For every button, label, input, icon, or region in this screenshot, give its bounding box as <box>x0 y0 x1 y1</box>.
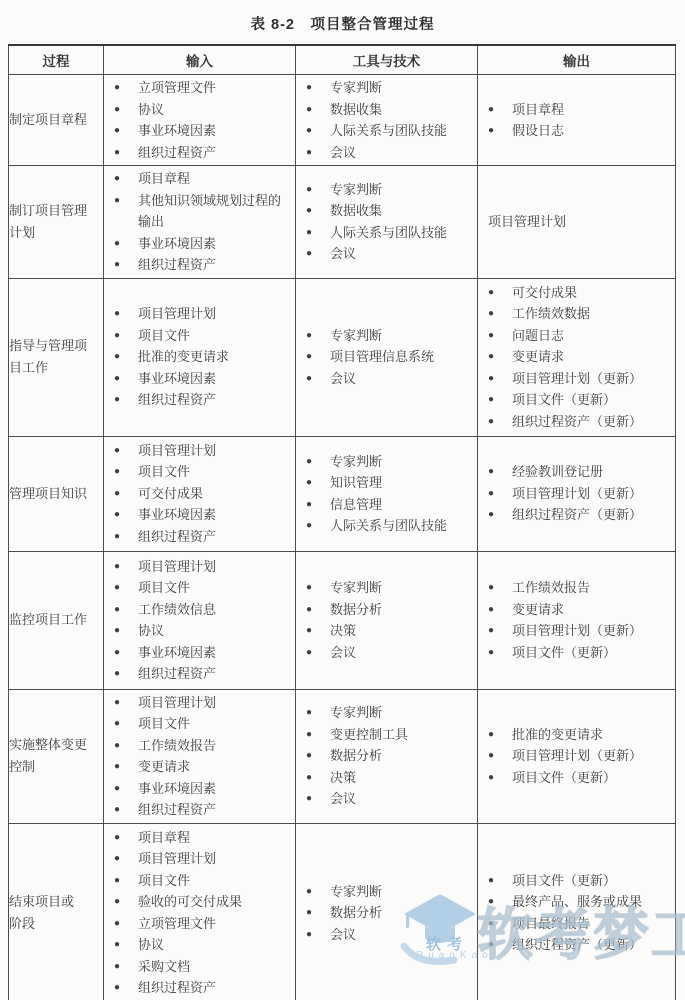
bullet-icon: ● <box>114 368 138 390</box>
table-row: 实施整体变更 控制●项目管理计划●项目文件●工作绩效报告●变更请求●事业环境因素… <box>9 689 676 823</box>
bullet-icon: ● <box>114 713 138 735</box>
bullet-item: ●项目管理信息系统 <box>306 346 473 368</box>
bullet-item: ●事业环境因素 <box>114 368 291 390</box>
bullet-item: ●项目管理计划 <box>114 440 291 462</box>
item-label: 数据分析 <box>330 902 473 924</box>
bullet-item: ●项目章程 <box>114 827 291 849</box>
bullet-item: ●项目管理计划 <box>114 848 291 870</box>
item-label: 项目管理计划（更新） <box>512 745 671 767</box>
item-label: 项目文件 <box>138 713 291 735</box>
item-label: 协议 <box>138 620 291 642</box>
bullet-item: ●会议 <box>306 243 473 265</box>
item-label: 批准的变更请求 <box>512 724 671 746</box>
bullet-item: ●项目文件 <box>114 461 291 483</box>
bullet-icon: ● <box>488 891 512 913</box>
bullet-icon: ● <box>488 642 512 664</box>
item-label: 组织过程资产（更新） <box>512 411 671 433</box>
bullet-icon: ● <box>306 924 330 946</box>
bullet-item: ●项目文件 <box>114 577 291 599</box>
tools-list: ●专家判断●数据分析●决策●会议 <box>296 575 477 665</box>
inputs-cell: ●立项管理文件●协议●事业环境因素●组织过程资产 <box>104 75 296 166</box>
bullet-item: ●项目文件（更新） <box>488 767 671 789</box>
item-label: 工作绩效报告 <box>512 577 671 599</box>
tools-list: ●专家判断●数据收集●人际关系与团队技能●会议 <box>296 177 477 267</box>
item-label: 项目章程 <box>138 168 291 190</box>
bullet-item: ●经验教训登记册 <box>488 461 671 483</box>
bullet-item: ●组织过程资产 <box>114 977 291 999</box>
bullet-item: ●项目管理计划 <box>114 556 291 578</box>
bullet-icon: ● <box>488 934 512 956</box>
bullet-icon: ● <box>306 599 330 621</box>
bullet-item: ●会议 <box>306 788 473 810</box>
bullet-item: ●项目文件 <box>114 713 291 735</box>
item-label: 组织过程资产（更新） <box>512 504 671 526</box>
outputs-cell: ●经验教训登记册●项目管理计划（更新）●组织过程资产（更新） <box>478 436 676 551</box>
item-label: 可交付成果 <box>512 282 671 304</box>
bullet-icon: ● <box>114 599 138 621</box>
item-label: 项目文件（更新） <box>512 642 671 664</box>
item-label: 知识管理 <box>330 472 473 494</box>
bullet-item: ●专家判断 <box>306 577 473 599</box>
item-label: 工作绩效信息 <box>138 599 291 621</box>
item-label: 项目管理信息系统 <box>330 346 473 368</box>
item-label: 项目文件（更新） <box>512 870 671 892</box>
bullet-icon: ● <box>114 526 138 548</box>
bullet-icon: ● <box>114 848 138 870</box>
bullet-item: ●专家判断 <box>306 881 473 903</box>
outputs-cell: ●工作绩效报告●变更请求●项目管理计划（更新）●项目文件（更新） <box>478 551 676 689</box>
bullet-item: ●采购文档 <box>114 956 291 978</box>
bullet-icon: ● <box>114 77 138 99</box>
item-label: 人际关系与团队技能 <box>330 120 473 142</box>
bullet-icon: ● <box>114 325 138 347</box>
bullet-icon: ● <box>114 461 138 483</box>
outputs-list: ●项目章程●假设日志 <box>478 97 675 144</box>
tools-list: ●专家判断●数据分析●会议 <box>296 879 477 948</box>
item-label: 项目文件 <box>138 325 291 347</box>
outputs-list: ●经验教训登记册●项目管理计划（更新）●组织过程资产（更新） <box>478 459 675 528</box>
item-label: 项目文件（更新） <box>512 389 671 411</box>
process-name: 结束项目或 阶段 <box>9 823 104 1000</box>
bullet-icon: ● <box>114 254 138 276</box>
bullet-item: ●知识管理 <box>306 472 473 494</box>
bullet-item: ●项目管理计划（更新） <box>488 745 671 767</box>
bullet-icon: ● <box>114 120 138 142</box>
item-label: 数据收集 <box>330 200 473 222</box>
bullet-icon: ● <box>306 577 330 599</box>
bullet-icon: ● <box>306 515 330 537</box>
bullet-item: ●人际关系与团队技能 <box>306 222 473 244</box>
bullet-icon: ● <box>114 735 138 757</box>
inputs-list: ●项目管理计划●项目文件●工作绩效信息●协议●事业环境因素●组织过程资产 <box>104 554 295 687</box>
inputs-list: ●项目管理计划●项目文件●批准的变更请求●事业环境因素●组织过程资产 <box>104 301 295 413</box>
item-label: 工作绩效数据 <box>512 303 671 325</box>
outputs-cell: ●项目章程●假设日志 <box>478 75 676 166</box>
item-label: 项目章程 <box>138 827 291 849</box>
column-header-3: 输出 <box>478 45 676 75</box>
bullet-item: ●专家判断 <box>306 451 473 473</box>
item-label: 决策 <box>330 620 473 642</box>
bullet-item: ●人际关系与团队技能 <box>306 120 473 142</box>
bullet-item: ●专家判断 <box>306 325 473 347</box>
item-label: 经验教训登记册 <box>512 461 671 483</box>
item-label: 决策 <box>330 767 473 789</box>
item-label: 组织过程资产 <box>138 254 291 276</box>
item-label: 协议 <box>138 99 291 121</box>
item-label: 项目管理计划（更新） <box>512 483 671 505</box>
bullet-icon: ● <box>488 577 512 599</box>
bullet-icon: ● <box>488 745 512 767</box>
bullet-icon: ● <box>114 346 138 368</box>
bullet-icon: ● <box>306 179 330 201</box>
bullet-icon: ● <box>488 599 512 621</box>
bullet-item: ●专家判断 <box>306 179 473 201</box>
bullet-item: ●协议 <box>114 620 291 642</box>
bullet-icon: ● <box>114 483 138 505</box>
table-caption: 表 8-2 项目整合管理过程 <box>0 0 685 34</box>
item-label: 会议 <box>330 142 473 164</box>
bullet-icon: ● <box>306 494 330 516</box>
bullet-icon: ● <box>488 368 512 390</box>
bullet-item: ●组织过程资产（更新） <box>488 504 671 526</box>
item-label: 假设日志 <box>512 120 671 142</box>
item-label: 项目管理计划 <box>138 303 291 325</box>
bullet-item: ●组织过程资产 <box>114 254 291 276</box>
bullet-icon: ● <box>306 620 330 642</box>
bullet-item: ●人际关系与团队技能 <box>306 515 473 537</box>
bullet-item: ●组织过程资产 <box>114 389 291 411</box>
item-label: 组织过程资产 <box>138 389 291 411</box>
bullet-item: ●问题日志 <box>488 325 671 347</box>
bullet-icon: ● <box>306 702 330 724</box>
bullet-item: ●组织过程资产（更新） <box>488 411 671 433</box>
bullet-icon: ● <box>114 870 138 892</box>
bullet-item: ●组织过程资产 <box>114 526 291 548</box>
bullet-icon: ● <box>306 243 330 265</box>
item-label: 会议 <box>330 642 473 664</box>
bullet-icon: ● <box>306 142 330 164</box>
outputs-cell: ●批准的变更请求●项目管理计划（更新）●项目文件（更新） <box>478 689 676 823</box>
bullet-icon: ● <box>306 642 330 664</box>
bullet-icon: ● <box>306 881 330 903</box>
bullet-item: ●变更请求 <box>488 599 671 621</box>
process-name: 制定项目章程 <box>9 75 104 166</box>
tools-cell: ●专家判断●数据分析●决策●会议 <box>296 551 478 689</box>
process-name: 实施整体变更 控制 <box>9 689 104 823</box>
bullet-item: ●项目管理计划（更新） <box>488 620 671 642</box>
item-label: 验收的可交付成果 <box>138 891 291 913</box>
table-row: 管理项目知识●项目管理计划●项目文件●可交付成果●事业环境因素●组织过程资产●专… <box>9 436 676 551</box>
bullet-item: ●会议 <box>306 642 473 664</box>
bullet-item: ●组织过程资产 <box>114 799 291 821</box>
bullet-icon: ● <box>114 692 138 714</box>
tools-cell: ●专家判断●数据收集●人际关系与团队技能●会议 <box>296 75 478 166</box>
bullet-icon: ● <box>114 99 138 121</box>
item-label: 采购文档 <box>138 956 291 978</box>
item-label: 事业环境因素 <box>138 368 291 390</box>
outputs-list: ●项目文件（更新）●最终产品、服务或成果●项目最终报告●组织过程资产（更新） <box>478 868 675 958</box>
bullet-item: ●会议 <box>306 924 473 946</box>
table-row: 结束项目或 阶段●项目章程●项目管理计划●项目文件●验收的可交付成果●立项管理文… <box>9 823 676 1000</box>
outputs-list: ●可交付成果●工作绩效数据●问题日志●变更请求●项目管理计划（更新）●项目文件（… <box>478 280 675 435</box>
item-label: 工作绩效报告 <box>138 735 291 757</box>
item-label: 专家判断 <box>330 325 473 347</box>
item-label: 数据分析 <box>330 745 473 767</box>
bullet-item: ●其他知识领域规划过程的输出 <box>114 190 291 233</box>
tools-cell: ●专家判断●数据分析●会议 <box>296 823 478 1000</box>
bullet-icon: ● <box>306 745 330 767</box>
tools-list: ●专家判断●数据收集●人际关系与团队技能●会议 <box>296 75 477 165</box>
bullet-icon: ● <box>114 756 138 778</box>
bullet-icon: ● <box>306 788 330 810</box>
bullet-icon: ● <box>306 120 330 142</box>
process-name: 监控项目工作 <box>9 551 104 689</box>
bullet-icon: ● <box>306 451 330 473</box>
bullet-item: ●项目文件 <box>114 325 291 347</box>
item-label: 组织过程资产 <box>138 663 291 685</box>
item-label: 批准的变更请求 <box>138 346 291 368</box>
item-label: 专家判断 <box>330 577 473 599</box>
process-table: 过程输入工具与技术输出 制定项目章程●立项管理文件●协议●事业环境因素●组织过程… <box>8 44 676 1000</box>
inputs-cell: ●项目管理计划●项目文件●工作绩效报告●变更请求●事业环境因素●组织过程资产 <box>104 689 296 823</box>
item-label: 可交付成果 <box>138 483 291 505</box>
bullet-icon: ● <box>114 190 138 212</box>
bullet-icon: ● <box>306 368 330 390</box>
process-name: 制订项目管理 计划 <box>9 166 104 279</box>
item-label: 数据分析 <box>330 599 473 621</box>
tools-list: ●专家判断●知识管理●信息管理●人际关系与团队技能 <box>296 449 477 539</box>
bullet-item: ●立项管理文件 <box>114 913 291 935</box>
bullet-icon: ● <box>114 913 138 935</box>
bullet-icon: ● <box>306 325 330 347</box>
bullet-icon: ● <box>488 620 512 642</box>
bullet-icon: ● <box>114 778 138 800</box>
tools-list: ●专家判断●项目管理信息系统●会议 <box>296 323 477 392</box>
bullet-item: ●工作绩效报告 <box>114 735 291 757</box>
item-label: 会议 <box>330 788 473 810</box>
bullet-icon: ● <box>488 120 512 142</box>
bullet-item: ●项目文件 <box>114 870 291 892</box>
bullet-icon: ● <box>306 222 330 244</box>
bullet-icon: ● <box>114 556 138 578</box>
bullet-icon: ● <box>114 799 138 821</box>
item-label: 项目章程 <box>512 99 671 121</box>
outputs-cell: 项目管理计划 <box>478 166 676 279</box>
bullet-item: ●数据分析 <box>306 745 473 767</box>
bullet-item: ●事业环境因素 <box>114 120 291 142</box>
bullet-item: ●事业环境因素 <box>114 778 291 800</box>
bullet-icon: ● <box>488 303 512 325</box>
bullet-item: ●变更请求 <box>488 346 671 368</box>
bullet-item: ●项目文件（更新） <box>488 389 671 411</box>
item-label: 变更请求 <box>512 346 671 368</box>
bullet-item: ●项目管理计划（更新） <box>488 483 671 505</box>
bullet-icon: ● <box>306 902 330 924</box>
item-label: 事业环境因素 <box>138 233 291 255</box>
bullet-icon: ● <box>306 346 330 368</box>
bullet-icon: ● <box>306 472 330 494</box>
item-label: 会议 <box>330 368 473 390</box>
inputs-list: ●项目管理计划●项目文件●工作绩效报告●变更请求●事业环境因素●组织过程资产 <box>104 690 295 823</box>
bullet-item: ●会议 <box>306 142 473 164</box>
bullet-icon: ● <box>488 724 512 746</box>
bullet-item: ●专家判断 <box>306 77 473 99</box>
bullet-icon: ● <box>114 389 138 411</box>
bullet-icon: ● <box>114 642 138 664</box>
bullet-icon: ● <box>488 325 512 347</box>
table-row: 监控项目工作●项目管理计划●项目文件●工作绩效信息●协议●事业环境因素●组织过程… <box>9 551 676 689</box>
inputs-list: ●项目章程●项目管理计划●项目文件●验收的可交付成果●立项管理文件●协议●采购文… <box>104 825 295 1000</box>
bullet-icon: ● <box>488 767 512 789</box>
bullet-item: ●立项管理文件 <box>114 77 291 99</box>
column-header-0: 过程 <box>9 45 104 75</box>
bullet-item: ●工作绩效信息 <box>114 599 291 621</box>
bullet-item: ●验收的可交付成果 <box>114 891 291 913</box>
bullet-item: ●可交付成果 <box>488 282 671 304</box>
bullet-icon: ● <box>114 577 138 599</box>
item-label: 事业环境因素 <box>138 778 291 800</box>
item-label: 立项管理文件 <box>138 77 291 99</box>
item-label: 数据收集 <box>330 99 473 121</box>
item-label: 专家判断 <box>330 77 473 99</box>
tools-cell: ●专家判断●数据收集●人际关系与团队技能●会议 <box>296 166 478 279</box>
item-label: 变更控制工具 <box>330 724 473 746</box>
outputs-list: ●批准的变更请求●项目管理计划（更新）●项目文件（更新） <box>478 722 675 791</box>
bullet-icon: ● <box>488 411 512 433</box>
item-label: 项目管理计划 <box>138 440 291 462</box>
inputs-cell: ●项目管理计划●项目文件●工作绩效信息●协议●事业环境因素●组织过程资产 <box>104 551 296 689</box>
bullet-icon: ● <box>114 620 138 642</box>
item-label: 信息管理 <box>330 494 473 516</box>
item-label: 项目管理计划 <box>138 556 291 578</box>
item-label: 会议 <box>330 243 473 265</box>
item-label: 立项管理文件 <box>138 913 291 935</box>
bullet-icon: ● <box>488 282 512 304</box>
bullet-item: ●专家判断 <box>306 702 473 724</box>
item-label: 变更请求 <box>512 599 671 621</box>
item-label: 会议 <box>330 924 473 946</box>
bullet-item: ●组织过程资产（更新） <box>488 934 671 956</box>
bullet-item: ●事业环境因素 <box>114 504 291 526</box>
bullet-item: ●项目文件（更新） <box>488 870 671 892</box>
item-label: 专家判断 <box>330 451 473 473</box>
bullet-item: ●组织过程资产 <box>114 663 291 685</box>
bullet-icon: ● <box>488 504 512 526</box>
process-name: 指导与管理项 目工作 <box>9 278 104 436</box>
bullet-icon: ● <box>488 99 512 121</box>
inputs-cell: ●项目管理计划●项目文件●批准的变更请求●事业环境因素●组织过程资产 <box>104 278 296 436</box>
table-header-row: 过程输入工具与技术输出 <box>9 45 676 75</box>
bullet-icon: ● <box>488 913 512 935</box>
item-label: 项目管理计划（更新） <box>512 368 671 390</box>
bullet-icon: ● <box>488 346 512 368</box>
bullet-icon: ● <box>114 891 138 913</box>
bullet-icon: ● <box>488 461 512 483</box>
outputs-cell: ●项目文件（更新）●最终产品、服务或成果●项目最终报告●组织过程资产（更新） <box>478 823 676 1000</box>
bullet-icon: ● <box>114 827 138 849</box>
item-label: 项目管理计划 <box>138 848 291 870</box>
bullet-item: ●协议 <box>114 99 291 121</box>
item-label: 组织过程资产 <box>138 799 291 821</box>
bullet-item: ●协议 <box>114 934 291 956</box>
item-label: 组织过程资产 <box>138 142 291 164</box>
tools-cell: ●专家判断●知识管理●信息管理●人际关系与团队技能 <box>296 436 478 551</box>
outputs-cell: ●可交付成果●工作绩效数据●问题日志●变更请求●项目管理计划（更新）●项目文件（… <box>478 278 676 436</box>
tools-cell: ●专家判断●变更控制工具●数据分析●决策●会议 <box>296 689 478 823</box>
table-row: 制订项目管理 计划●项目章程●其他知识领域规划过程的输出●事业环境因素●组织过程… <box>9 166 676 279</box>
table-row: 制定项目章程●立项管理文件●协议●事业环境因素●组织过程资产●专家判断●数据收集… <box>9 75 676 166</box>
item-label: 组织过程资产（更新） <box>512 934 671 956</box>
inputs-cell: ●项目章程●其他知识领域规划过程的输出●事业环境因素●组织过程资产 <box>104 166 296 279</box>
outputs-list: ●工作绩效报告●变更请求●项目管理计划（更新）●项目文件（更新） <box>478 575 675 665</box>
item-label: 项目文件（更新） <box>512 767 671 789</box>
bullet-item: ●批准的变更请求 <box>488 724 671 746</box>
inputs-cell: ●项目章程●项目管理计划●项目文件●验收的可交付成果●立项管理文件●协议●采购文… <box>104 823 296 1000</box>
item-label: 协议 <box>138 934 291 956</box>
column-header-2: 工具与技术 <box>296 45 478 75</box>
bullet-icon: ● <box>306 200 330 222</box>
bullet-item: ●决策 <box>306 620 473 642</box>
bullet-item: ●项目管理计划（更新） <box>488 368 671 390</box>
item-label: 组织过程资产 <box>138 526 291 548</box>
bullet-item: ●项目管理计划 <box>114 692 291 714</box>
item-label: 项目管理计划 <box>138 692 291 714</box>
inputs-list: ●立项管理文件●协议●事业环境因素●组织过程资产 <box>104 75 295 165</box>
inputs-list: ●项目管理计划●项目文件●可交付成果●事业环境因素●组织过程资产 <box>104 438 295 550</box>
bullet-item: ●批准的变更请求 <box>114 346 291 368</box>
bullet-icon: ● <box>306 724 330 746</box>
bullet-icon: ● <box>114 977 138 999</box>
bullet-item: ●项目管理计划 <box>114 303 291 325</box>
item-label: 其他知识领域规划过程的输出 <box>138 190 291 233</box>
bullet-icon: ● <box>488 870 512 892</box>
bullet-item: ●可交付成果 <box>114 483 291 505</box>
bullet-item: ●事业环境因素 <box>114 233 291 255</box>
item-label: 事业环境因素 <box>138 642 291 664</box>
item-label: 项目文件 <box>138 577 291 599</box>
bullet-item: ●事业环境因素 <box>114 642 291 664</box>
bullet-icon: ● <box>488 483 512 505</box>
bullet-icon: ● <box>114 233 138 255</box>
item-label: 项目文件 <box>138 870 291 892</box>
bullet-icon: ● <box>306 767 330 789</box>
inputs-list: ●项目章程●其他知识领域规划过程的输出●事业环境因素●组织过程资产 <box>104 166 295 278</box>
bullet-item: ●项目章程 <box>114 168 291 190</box>
bullet-item: ●决策 <box>306 767 473 789</box>
item-label: 变更请求 <box>138 756 291 778</box>
document-page: 表 8-2 项目整合管理过程 过程输入工具与技术输出 制定项目章程●立项管理文件… <box>0 0 685 1000</box>
bullet-icon: ● <box>114 440 138 462</box>
item-label: 人际关系与团队技能 <box>330 515 473 537</box>
output-plain-text: 项目管理计划 <box>478 211 675 233</box>
bullet-item: ●变更请求 <box>114 756 291 778</box>
item-label: 事业环境因素 <box>138 120 291 142</box>
bullet-item: ●假设日志 <box>488 120 671 142</box>
tools-cell: ●专家判断●项目管理信息系统●会议 <box>296 278 478 436</box>
bullet-icon: ● <box>114 504 138 526</box>
item-label: 人际关系与团队技能 <box>330 222 473 244</box>
bullet-item: ●工作绩效报告 <box>488 577 671 599</box>
bullet-icon: ● <box>114 142 138 164</box>
item-label: 项目管理计划（更新） <box>512 620 671 642</box>
tools-list: ●专家判断●变更控制工具●数据分析●决策●会议 <box>296 700 477 812</box>
item-label: 项目文件 <box>138 461 291 483</box>
bullet-icon: ● <box>306 77 330 99</box>
bullet-icon: ● <box>306 99 330 121</box>
bullet-item: ●数据收集 <box>306 200 473 222</box>
bullet-icon: ● <box>488 389 512 411</box>
inputs-cell: ●项目管理计划●项目文件●可交付成果●事业环境因素●组织过程资产 <box>104 436 296 551</box>
